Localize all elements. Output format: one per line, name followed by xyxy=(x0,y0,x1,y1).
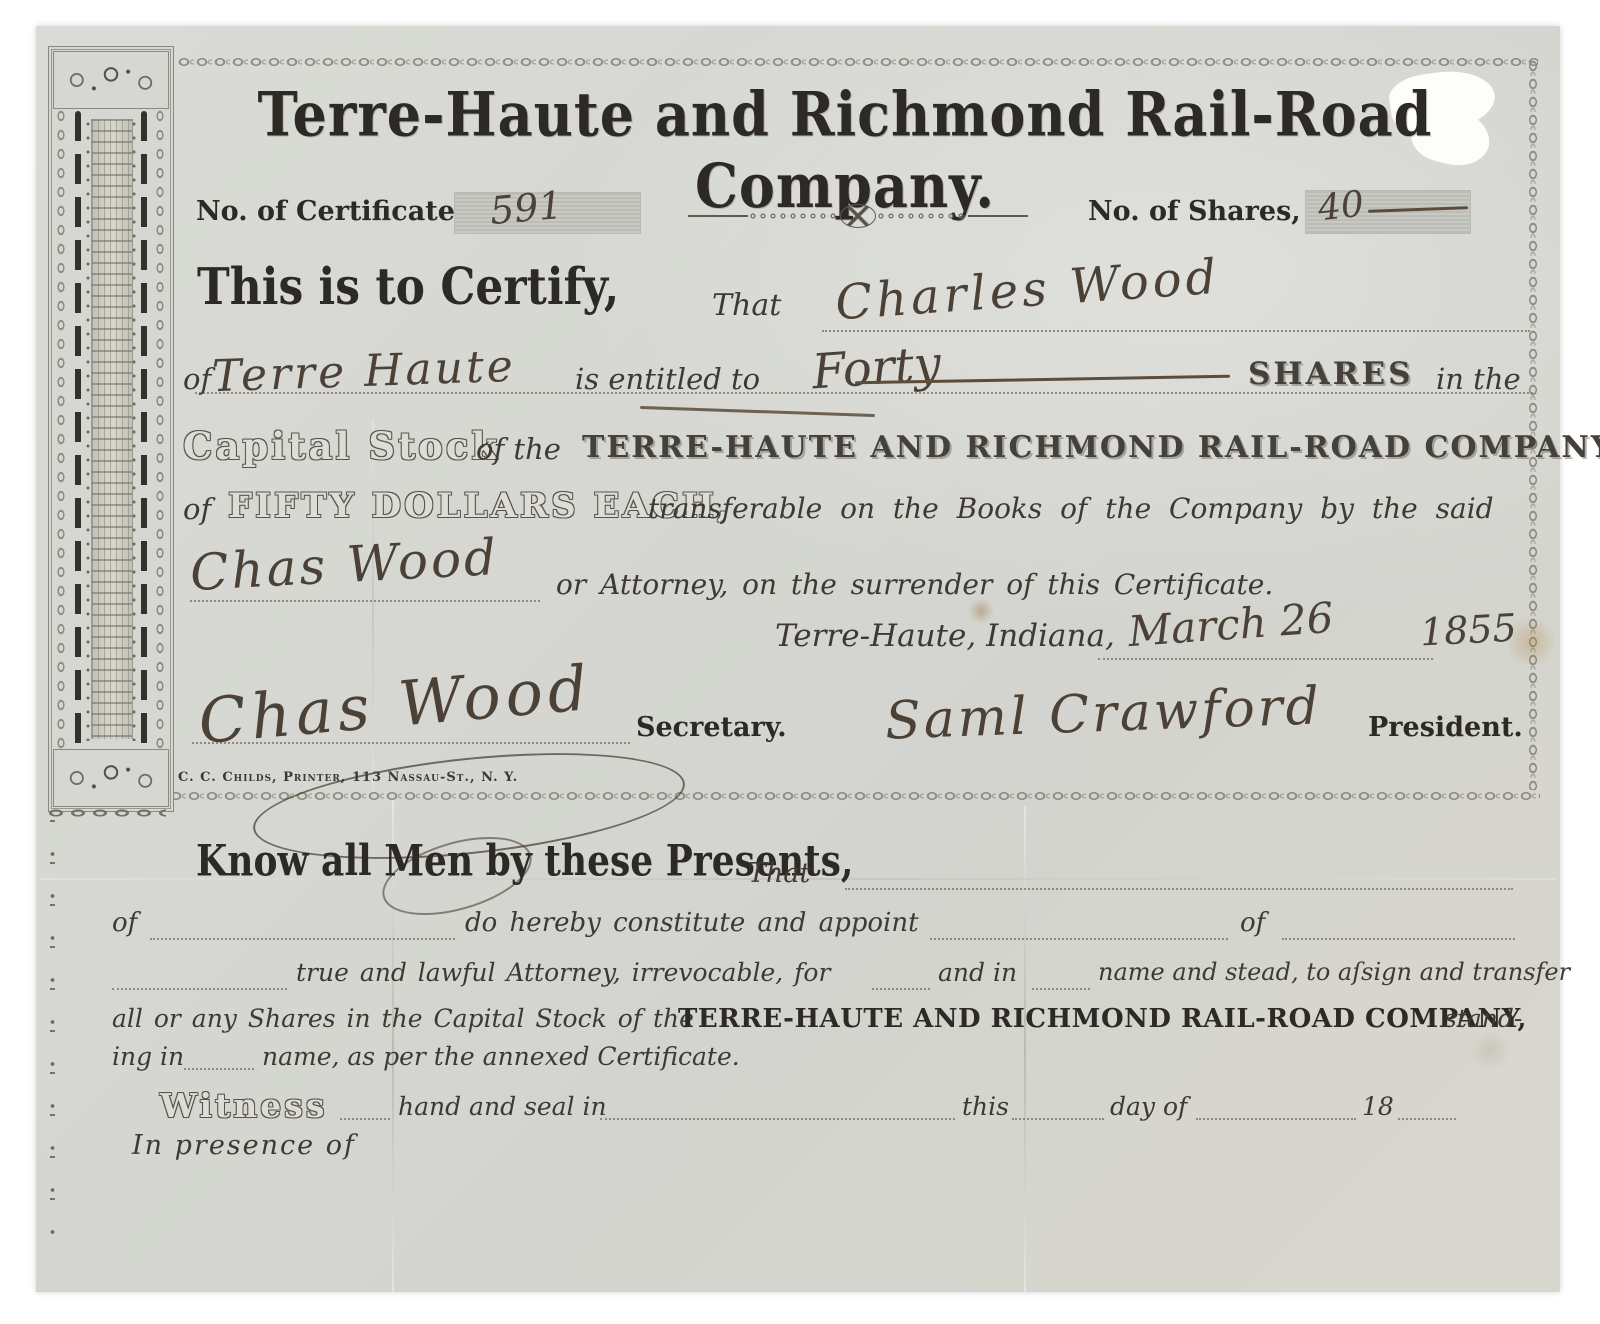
witness-year-prefix: 18 xyxy=(1362,1092,1394,1121)
dotted-rule xyxy=(150,938,455,940)
dotted-rule xyxy=(1098,658,1433,660)
attorney-text: or Attorney, on the surrender of this Ce… xyxy=(556,568,1273,601)
line2-middle-text: do hereby constitute and appoint xyxy=(465,908,919,938)
residence-city-handwritten: Terre Haute xyxy=(211,341,516,403)
share-amount-handwritten: Forty xyxy=(810,336,943,401)
certificate-number-value: 591 xyxy=(488,183,564,233)
dotted-rule xyxy=(184,1068,254,1070)
divider-rule xyxy=(688,215,748,217)
dotted-rule xyxy=(112,988,287,990)
secretary-title: Secretary. xyxy=(636,712,787,743)
panel-right-bar-chain xyxy=(141,111,147,747)
witness-this-word: this xyxy=(962,1092,1009,1121)
value-of-word: of xyxy=(183,492,211,526)
in-the-text: in the xyxy=(1436,362,1521,396)
dotted-rule xyxy=(1282,938,1515,940)
line3-name-stead-text: name and stead, to aſsign and transfer xyxy=(1098,958,1570,986)
panel-left-bar-chain xyxy=(75,111,81,747)
line3-and-in-text: and in xyxy=(938,958,1017,987)
witness-day-of-text: day of xyxy=(1110,1092,1187,1121)
dotted-rule xyxy=(190,600,540,602)
dotted-rule xyxy=(600,1118,955,1120)
top-chain-border xyxy=(176,55,1538,70)
residence-of-word: of xyxy=(183,362,211,396)
of-the-text: of the xyxy=(476,432,561,466)
line5-ing-in-text: ing in xyxy=(112,1042,184,1071)
certificate-number-label: No. of Certificate, xyxy=(196,196,464,227)
right-chain-border xyxy=(1526,58,1541,790)
dotted-rule xyxy=(930,938,1228,940)
divider-medallion xyxy=(840,204,876,228)
dotted-rule xyxy=(1196,1118,1356,1120)
company-name-caps: TERRE-HAUTE AND RICHMOND RAIL-ROAD COMPA… xyxy=(582,430,1600,465)
panel-top-scroll-ornament xyxy=(53,51,169,109)
stain xyxy=(1470,1030,1510,1070)
lower-border-corner xyxy=(46,806,166,820)
line3-attorney-text: true and lawful Attorney, irrevocable, f… xyxy=(296,958,830,987)
line4-standing-text: stand- xyxy=(1444,1004,1522,1033)
place-printed: Terre-Haute, Indiana, xyxy=(775,618,1115,654)
dotted-rule xyxy=(822,330,1530,332)
line4-lead-text: all or any Shares in the Capital Stock o… xyxy=(112,1004,694,1033)
scanned-stock-certificate: Terre-Haute and Richmond Rail-Road Compa… xyxy=(0,0,1600,1324)
certify-that-word: That xyxy=(712,288,781,323)
dotted-rule xyxy=(1032,988,1090,990)
shares-number-label: No. of Shares, xyxy=(1088,196,1301,227)
shares-word: SHARES xyxy=(1248,356,1414,392)
witness-hand-seal-text: hand and seal in xyxy=(398,1092,607,1121)
panel-left-ring-chain xyxy=(55,107,68,751)
dotted-rule xyxy=(845,888,1513,890)
line2-of2-word: of xyxy=(1240,908,1265,938)
lower-left-rod-border xyxy=(46,818,59,1238)
transferable-text: transferable on the Books of the Company… xyxy=(648,492,1494,525)
dotted-rule xyxy=(872,988,930,990)
dotted-rule xyxy=(1012,1118,1104,1120)
dotted-rule xyxy=(1398,1118,1456,1120)
line2-of-word: of xyxy=(112,908,137,938)
ornate-left-border-panel xyxy=(48,46,174,812)
heading-that-word: That xyxy=(748,858,810,889)
shares-number-value: 40 xyxy=(1316,184,1366,230)
divider-beads xyxy=(748,212,840,220)
capital-stock-text: Capital Stock xyxy=(183,424,500,468)
year-handwritten: 1855 xyxy=(1419,605,1518,654)
line4-company-caps: TERRE-HAUTE AND RICHMOND RAIL-ROAD COMPA… xyxy=(678,1004,1527,1034)
entitled-text: is entitled to xyxy=(575,362,760,396)
dotted-rule xyxy=(340,1118,390,1120)
in-presence-of-text: In presence of xyxy=(132,1130,356,1161)
panel-bottom-scroll-ornament xyxy=(53,749,169,807)
panel-lace-bead-columns xyxy=(85,117,137,741)
divider-beads xyxy=(876,212,968,220)
witness-word: Witness xyxy=(160,1086,327,1125)
line5-annexed-text: name, as per the annexed Certificate. xyxy=(262,1042,740,1071)
ornament-divider xyxy=(688,204,1028,228)
printer-imprint: C. C. Childs, Printer, 113 Nassau-St., N… xyxy=(178,770,518,785)
president-title: President. xyxy=(1368,712,1523,743)
certify-lead-text: This is to Certify, xyxy=(197,258,619,317)
divider-rule xyxy=(968,215,1028,217)
